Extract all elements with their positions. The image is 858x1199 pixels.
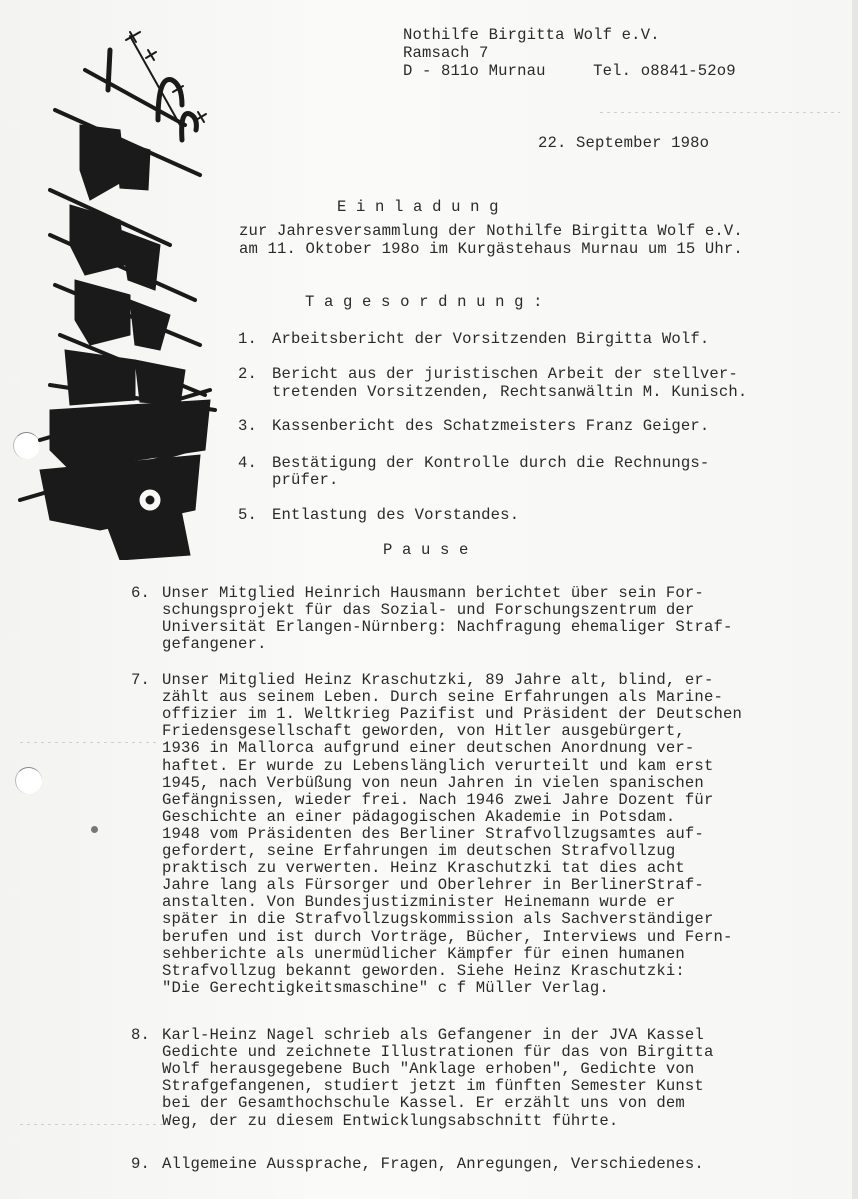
agenda-number: 9. [131,1156,150,1173]
agenda-item-line: Karl-Heinz Nagel schrieb als Gefangener … [162,1027,704,1044]
agenda-item-line: Geschichte an einer pädagogischen Akadem… [162,809,675,826]
agenda-item-line: Allgemeine Aussprache, Fragen, Anregunge… [162,1156,704,1173]
agenda-number: 2. [238,366,257,383]
agenda-item-line: Unser Mitglied Heinrich Hausmann bericht… [162,585,704,602]
agenda-item-line: Gefängnissen, wieder frei. Nach 1946 zwe… [162,792,713,809]
letter-page: Nothilfe Birgitta Wolf e.V. Ramsach 7 D … [0,0,858,1199]
agenda-number: 7. [131,672,150,689]
agenda-item: Bericht aus der juristischen Arbeit der … [272,366,738,383]
agenda-item-line: sehberichte als unermüdlicher Kämpfer fü… [162,946,685,963]
agenda-title: T a g e s o r d n u n g : [305,294,543,311]
pause-heading: P a u s e [383,542,469,559]
agenda-item-line: "Die Gerechtigkeitsmaschine" c f Müller … [162,980,609,997]
agenda-item: prüfer. [272,472,339,489]
agenda-item-line: Jahre lang als Fürsorger und Oberlehrer … [162,877,704,894]
agenda-item-line: 1945, nach Verbüßung von neun Jahren in … [162,775,704,792]
woodcut-illustration-icon [10,30,240,560]
agenda-number: 6. [131,585,150,602]
invitation-subtitle: zur Jahresversammlung der Nothilfe Birgi… [239,223,743,240]
agenda-item-line: zählt aus seinem Leben. Durch seine Erfa… [162,689,723,706]
show-through [600,112,840,113]
agenda-item-line: Wolf herausgegebene Buch "Anklage erhobe… [162,1061,694,1078]
agenda-item-line: haftet. Er wurde zu Lebenslänglich verur… [162,758,713,775]
agenda-item-line: Strafvollzug bekannt geworden. Siehe Hei… [162,963,685,980]
agenda-number: 3. [238,418,257,435]
invitation-subtitle: am 11. Oktober 198o im Kurgästehaus Murn… [239,241,743,258]
show-through [20,1124,180,1125]
agenda-item-line: berufen und ist durch Vorträge, Bücher, … [162,929,732,946]
letter-date: 22. September 198o [538,135,709,152]
org-name: Nothilfe Birgitta Wolf e.V. [403,27,660,44]
agenda-item-line: Weg, der zu diesem Entwicklungsabschnitt… [162,1113,618,1130]
org-city-phone: D - 811o Murnau Tel. o8841-52o9 [403,63,736,80]
org-street: Ramsach 7 [403,45,489,62]
agenda-number: 5. [238,507,257,524]
show-through [20,742,160,743]
agenda-number: 4. [238,455,257,472]
agenda-item-line: gefangener. [162,636,267,653]
agenda-item-line: offizier im 1. Weltkrieg Pazifist und Pr… [162,706,742,723]
agenda-item-line: Universität Erlangen-Nürnberg: Nachfragu… [162,619,732,636]
agenda-item: Arbeitsbericht der Vorsitzenden Birgitta… [272,331,709,348]
agenda-item: Entlastung des Vorstandes. [272,507,519,524]
agenda-item-line: gefordert, seine Erfahrungen im deutsche… [162,843,675,860]
agenda-item-line: bei der Gesamthochschule Kassel. Er erzä… [162,1095,685,1112]
agenda-item: Bestätigung der Kontrolle durch die Rech… [272,455,709,472]
agenda-number: 1. [238,331,257,348]
agenda-item-line: Gedichte und zeichnete Illustrationen fü… [162,1044,713,1061]
agenda-item-line: 1936 in Mallorca aufgrund einer deutsche… [162,740,694,757]
agenda-item-line: praktisch zu verwerten. Heinz Kraschutzk… [162,860,685,877]
agenda-item-line: 1948 vom Präsidenten des Berliner Strafv… [162,826,704,843]
agenda-item-line: später in die Strafvollzugskommission al… [162,911,713,928]
punch-hole [15,767,42,794]
invitation-title: E i n l a d u n g [337,199,499,216]
ink-dot [91,826,98,833]
agenda-item-line: Unser Mitglied Heinz Kraschutzki, 89 Jah… [162,672,713,689]
agenda-item-line: schungsprojekt für das Sozial- und Forsc… [162,602,694,619]
agenda-item-line: Friedensgesellschaft geworden, von Hitle… [162,723,685,740]
agenda-item-line: anstalten. Von Bundesjustizminister Hein… [162,894,675,911]
agenda-item: tretenden Vorsitzenden, Rechtsanwältin M… [272,384,747,401]
agenda-number: 8. [131,1027,150,1044]
agenda-item-line: Strafgefangenen, studiert jetzt im fünft… [162,1078,704,1095]
agenda-item: Kassenbericht des Schatzmeisters Franz G… [272,418,709,435]
page-edge [852,0,858,1199]
